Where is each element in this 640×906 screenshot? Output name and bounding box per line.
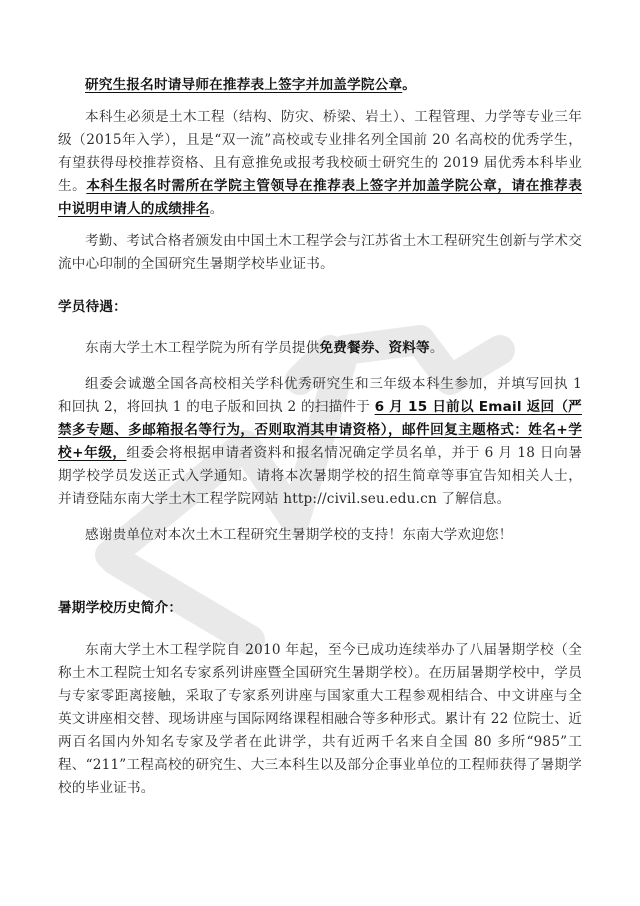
emphasis-text: 本科生报名时需所在学院主管领导在推荐表上签字并加盖学院公章，请在推荐表中说明申请… — [58, 178, 582, 217]
paragraph-graduate-note: 研究生报名时请导师在推荐表上签字并加盖学院公章。 — [58, 74, 582, 97]
paragraph-history: 东南大学土木工程学院自 2010 年起，至今已成功连续举办了八届暑期学校（全称土… — [58, 639, 582, 800]
paragraph-undergraduate-requirements: 本科生必须是土木工程（结构、防灾、桥梁、岩土）、工程管理、力学等专业三年级（20… — [58, 106, 582, 221]
paragraph-certificate: 考勤、考试合格者颁发由中国土木工程学会与江苏省土木工程研究生创新与学术交流中心印… — [58, 230, 582, 276]
document-page: 研究生报名时请导师在推荐表上签字并加盖学院公章。 本科生必须是土木工程（结构、防… — [58, 70, 582, 800]
emphasis-text: 研究生报名时请导师在推荐表上签字并加盖学院公章 — [85, 77, 402, 93]
paragraph-thanks: 感谢贵单位对本次土木工程研究生暑期学校的支持！东南大学欢迎您！ — [58, 524, 582, 547]
paragraph-benefits: 东南大学土木工程学院为所有学员提供免费餐券、资料等。 — [58, 337, 582, 360]
paragraph-application-instructions: 组委会诚邀全国各高校相关学科优秀研究生和三年级本科生参加，并填写回执 1 和回执… — [58, 373, 582, 511]
emphasis-text: 免费餐券、资料等 — [320, 340, 430, 356]
section-heading-benefits: 学员待遇： — [58, 296, 582, 319]
section-heading-history: 暑期学校历史简介： — [58, 597, 582, 620]
website-link[interactable]: http://civil.seu.edu.cn — [283, 491, 437, 507]
